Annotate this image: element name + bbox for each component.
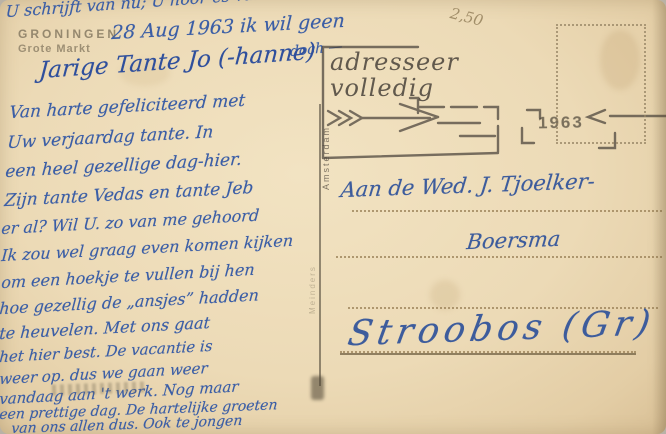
postcard-scan: GRONINGEN Grote Markt U schrijft van nu;… xyxy=(0,0,666,434)
paper-stain xyxy=(430,280,460,310)
message-line: Zijn tante Vedas en tante Jeb xyxy=(4,178,254,211)
destination-underline xyxy=(340,353,636,355)
message-line: een heel gezellige dag-hier. xyxy=(5,150,243,182)
address-line-town: Stroobos (Gr) xyxy=(345,303,658,354)
message-line: Uw verjaardag tante. In xyxy=(7,122,214,153)
card-edge-shadow xyxy=(652,0,666,434)
message-line: er al? Wil U. zo van me gehoord xyxy=(1,205,260,238)
address-ruled-line xyxy=(352,210,662,212)
pencil-price-note: 2,50 xyxy=(448,4,485,30)
address-line-name: Aan de Wed. J. Tjoelker- xyxy=(339,169,596,202)
imprint-publisher-vertical: Meinders xyxy=(308,238,317,314)
ink-blob xyxy=(311,376,324,400)
message-line: hoe gezellig de „ansjes” hadden xyxy=(0,285,260,318)
address-ruled-line xyxy=(336,256,662,258)
caption-place: GRONINGEN xyxy=(18,27,119,41)
stamp-box xyxy=(556,24,646,144)
caption-location: Grote Markt xyxy=(18,43,91,55)
address-line-surname: Boersma xyxy=(465,227,561,254)
message-line: Van harte gefeliciteerd met xyxy=(9,91,246,123)
postcard-back: GRONINGEN Grote Markt U schrijft van nu;… xyxy=(0,0,666,434)
